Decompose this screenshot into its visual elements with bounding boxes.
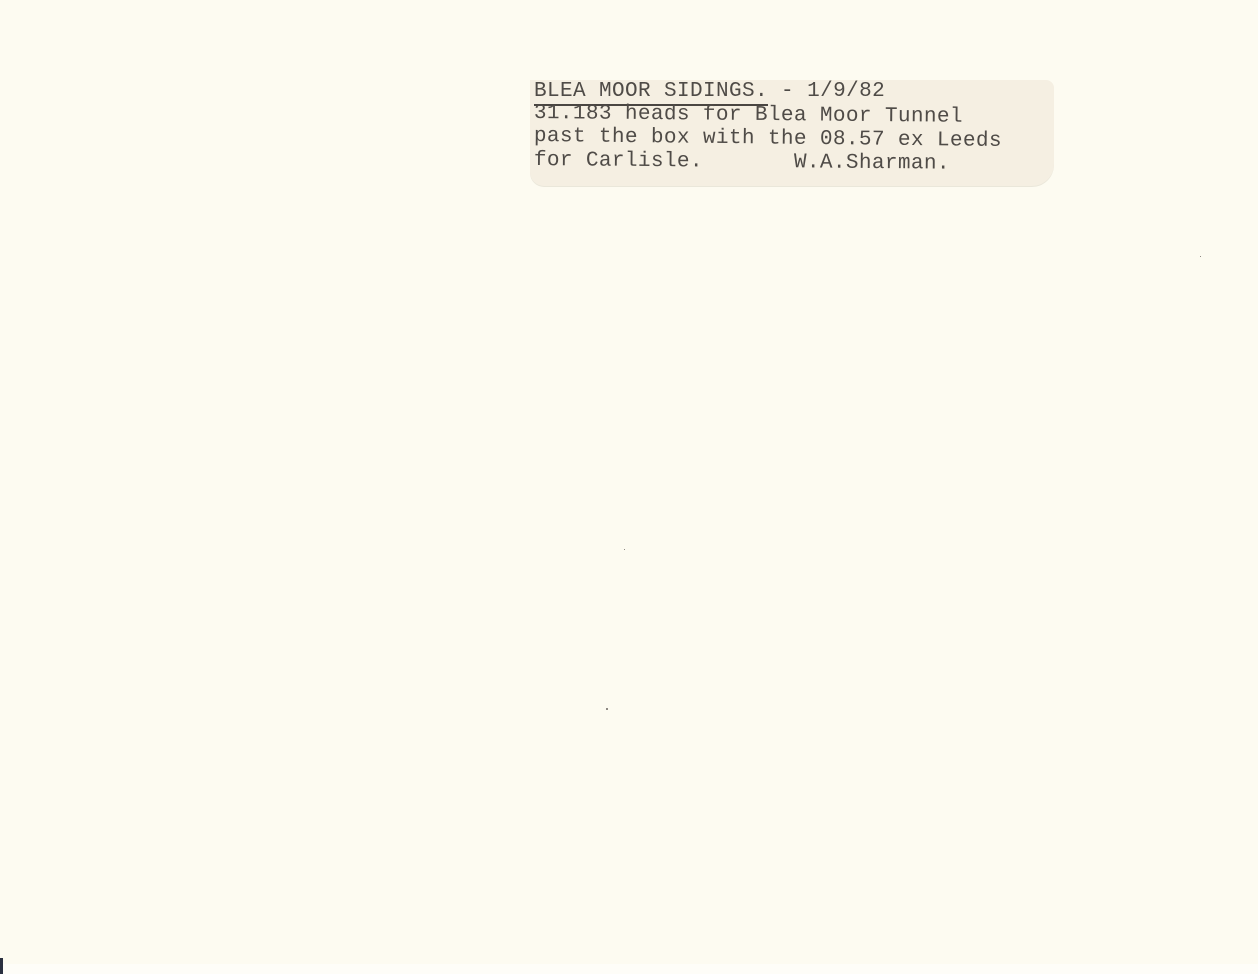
- caption-line-3: for Carlisle. W.A.Sharman.: [534, 149, 950, 176]
- caption-separator: -: [768, 80, 807, 103]
- paper-speck: [606, 708, 608, 710]
- paper-speck: [624, 549, 625, 550]
- caption-heading: BLEA MOOR SIDINGS. - 1/9/82: [534, 80, 885, 103]
- caption-date: 1/9/82: [807, 80, 885, 103]
- paper-bottom-edge: [0, 964, 1258, 974]
- photo-back-sheet: BLEA MOOR SIDINGS. - 1/9/82 31.183 heads…: [0, 0, 1258, 974]
- paper-corner-mark: [0, 958, 3, 974]
- caption-label: BLEA MOOR SIDINGS. - 1/9/82 31.183 heads…: [530, 80, 1054, 186]
- paper-speck: [1200, 256, 1201, 257]
